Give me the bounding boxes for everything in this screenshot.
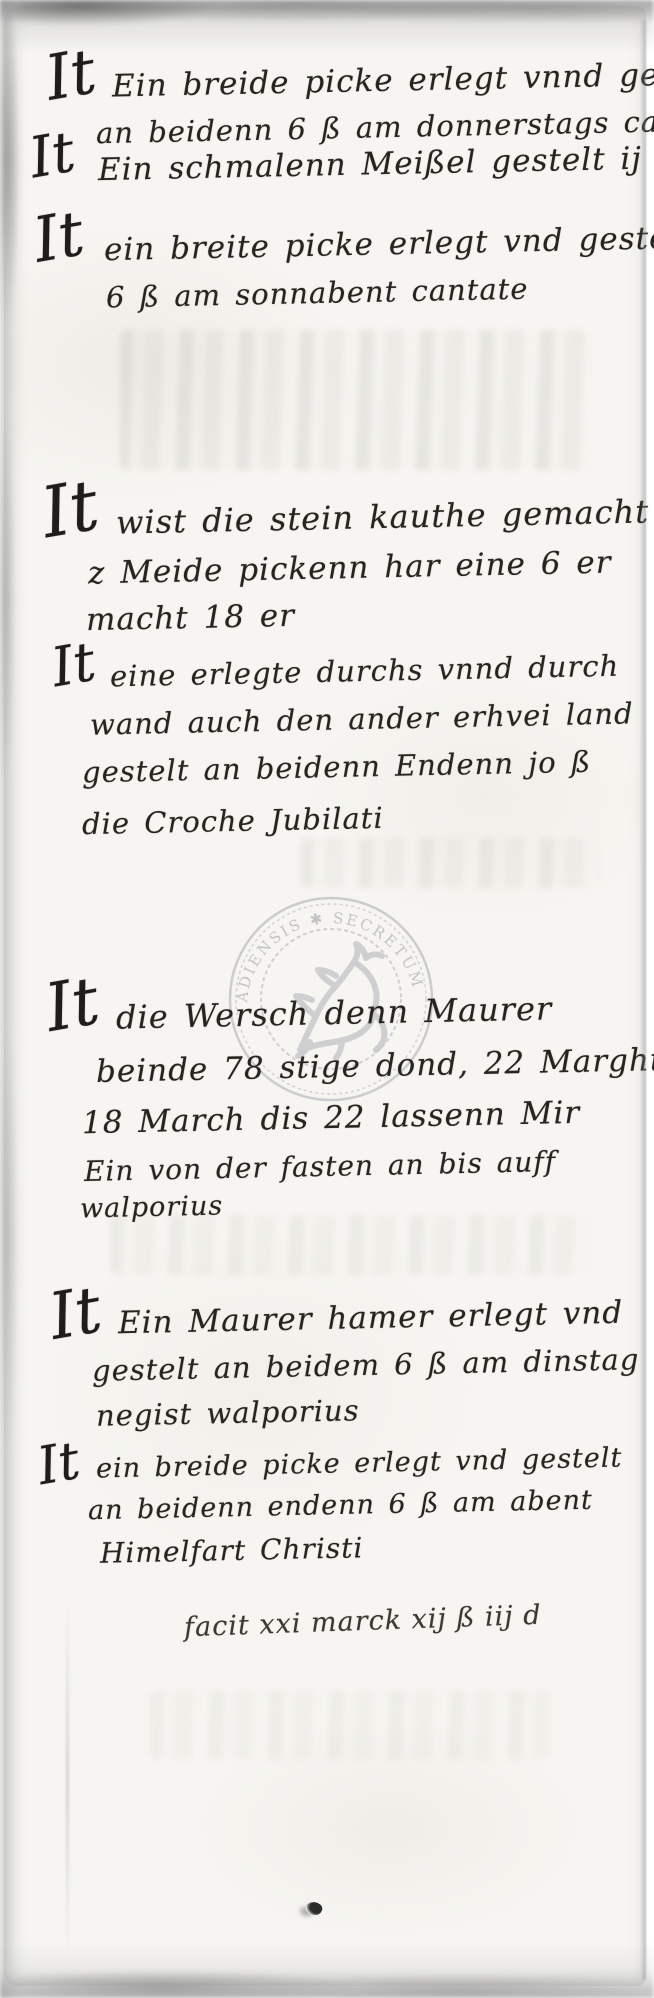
entry-initial: It [34,1435,84,1493]
manuscript-line: Himelfart Christi [100,1531,364,1570]
entry-initial: It [41,40,100,110]
entry-initial: It [29,202,88,272]
manuscript-line: die Croche Jubilati [82,801,384,841]
bleed-through-marks [300,838,600,888]
bleed-through-marks [120,330,590,470]
manuscript-line: macht 18 er [86,598,296,638]
entry-initial: It [36,470,103,549]
entry-initial: It [25,125,79,188]
manuscript-line: negist walporius [96,1393,360,1433]
entry-initial: It [41,968,104,1042]
entry-initial: It [48,635,100,696]
bleed-through-marks [110,1215,590,1275]
entry-initial: It [45,1278,106,1350]
paper-crease [66,1600,69,1960]
manuscript-line: walporius [80,1191,224,1225]
bleed-through-marks [150,1690,550,1760]
